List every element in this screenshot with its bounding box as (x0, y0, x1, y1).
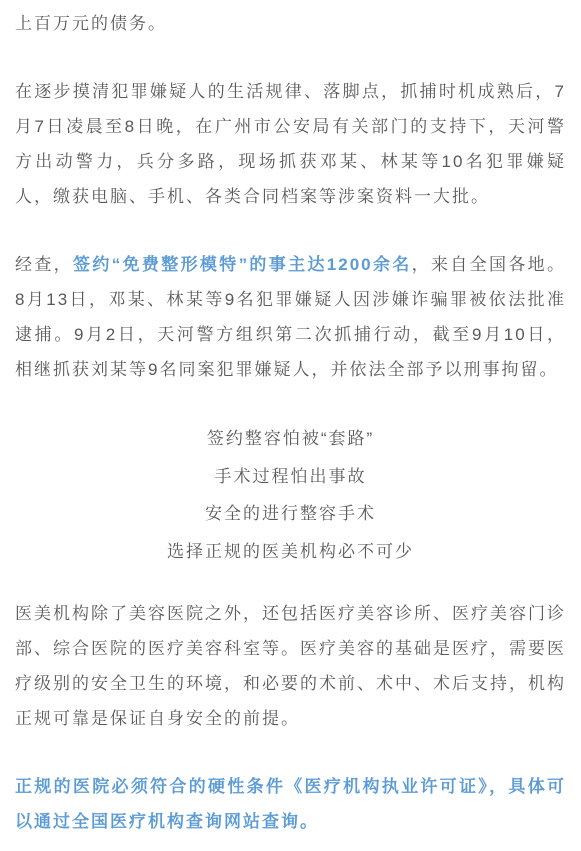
article-page: 上百万元的债务。 在逐步摸清犯罪嫌疑人的生活规律、落脚点，抓捕时机成熟后，7月7… (0, 0, 581, 851)
paragraph-debt-conclusion: 上百万元的债务。 (15, 6, 566, 41)
paragraph-medical-institutions: 医美机构除了美容医院之外，还包括医疗美容诊所、医疗美容门诊部、综合医院的医疗美容… (15, 596, 566, 736)
slogan-block: 签约整容怕被“套路” 手术过程怕出事故 安全的进行整容手术 选择正规的医美机构必… (15, 420, 566, 570)
slogan-line-3: 安全的进行整容手术 (15, 495, 566, 533)
paragraph-investigation-prefix: 经查， (15, 255, 73, 274)
slogan-line-1: 签约整容怕被“套路” (15, 420, 566, 458)
paragraph-arrest-operation: 在逐步摸清犯罪嫌疑人的生活规律、落脚点，抓捕时机成熟后，7月7日凌晨至8日晚，在… (15, 74, 566, 214)
paragraph-license-notice: 正规的医院必须符合的硬性条件《医疗机构执业许可证》，具体可以通过全国医疗机构查询… (15, 769, 566, 839)
slogan-line-2: 手术过程怕出事故 (15, 458, 566, 496)
victim-count-highlight: 签约“免费整形模特”的事主达1200余名 (73, 255, 412, 274)
paragraph-investigation-result: 经查，签约“免费整形模特”的事主达1200余名，来自全国各地。8月13日，邓某、… (15, 247, 566, 387)
slogan-line-4: 选择正规的医美机构必不可少 (15, 533, 566, 571)
